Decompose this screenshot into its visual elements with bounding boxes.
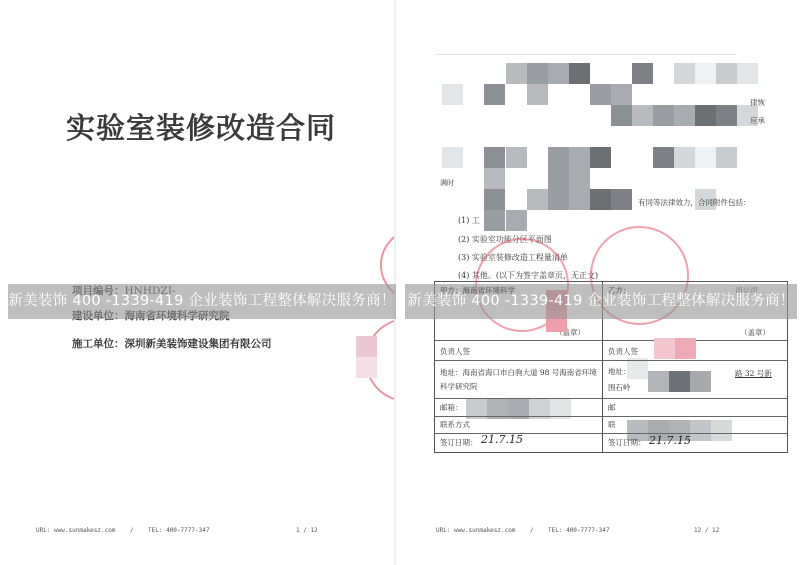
- mosaic-block: [356, 336, 377, 357]
- mosaic-block: [484, 168, 505, 189]
- mosaic-block: [611, 189, 632, 210]
- party-b-address-label: 地址：: [608, 366, 631, 377]
- mosaic-block: [737, 63, 758, 84]
- row-divider: [435, 360, 787, 361]
- mosaic-block: [484, 84, 505, 105]
- text-fragment: 满时: [440, 178, 454, 188]
- party-b-seal: （盖章）: [740, 327, 770, 338]
- mosaic-block: [569, 63, 590, 84]
- mosaic-block: [632, 63, 653, 84]
- mosaic-block: [611, 84, 632, 105]
- mosaic-block: [506, 210, 527, 231]
- party-b-address-tail: 路 32 号新: [735, 368, 772, 379]
- party-b-date-handwritten: 21.7.15: [649, 434, 691, 447]
- mosaic-block: [674, 147, 695, 168]
- party-b-signer: 负责人签: [608, 346, 638, 357]
- party-b-address-line2: 围石岭: [608, 382, 631, 393]
- mosaic-block: [590, 189, 611, 210]
- footer-tel: TEL: 400-7777-347: [548, 527, 609, 534]
- mosaic-block: [716, 63, 737, 84]
- footer-separator: /: [130, 527, 134, 534]
- row-divider: [435, 416, 787, 417]
- mosaic-block: [506, 63, 527, 84]
- mosaic-block: [506, 147, 527, 168]
- mosaic-block: [632, 105, 653, 126]
- mosaic-block: [569, 147, 590, 168]
- mosaic-block: [653, 147, 674, 168]
- attachment-item-1: (1) 工: [458, 215, 480, 226]
- contract-title: 实验室装修改造合同: [66, 106, 336, 147]
- mosaic-block: [484, 189, 505, 210]
- text-fragment: 应承: [750, 115, 765, 126]
- attachments-intro: 有同等法律效力，合同附件包括：: [638, 197, 751, 208]
- mosaic-block: [548, 168, 569, 189]
- mosaic-block: [695, 63, 716, 84]
- mosaic-block: [716, 105, 737, 126]
- mosaic-block: [548, 63, 569, 84]
- mosaic-block: [356, 357, 377, 378]
- mosaic-block: [674, 63, 695, 84]
- mosaic-block: [484, 147, 505, 168]
- mosaic-block: [527, 84, 548, 105]
- mosaic-block: [653, 105, 674, 126]
- mosaic-block: [527, 189, 548, 210]
- mosaic-block: [484, 210, 505, 231]
- party-a-address: 地址：海南省海口市白驹大道 98 号海南省环境科学研究院: [440, 366, 600, 394]
- mosaic-block: [611, 105, 632, 126]
- party-a-email: 邮箱：: [440, 402, 463, 413]
- mosaic-block: [674, 105, 695, 126]
- mosaic-block: [654, 338, 675, 359]
- mosaic-block: [569, 168, 590, 189]
- watermark-banner: 新美装饰 400 -1339-419 企业装饰工程整体解决服务商！: [405, 284, 797, 319]
- party-b-email: 邮: [608, 402, 616, 413]
- party-b-date-label: 签订日期：: [608, 437, 646, 448]
- watermark-banner: 新美装饰 400 -1339-419 企业装饰工程整体解决服务商！: [8, 284, 396, 319]
- footer-contact: URL: www.sunmakesz.com / TEL: 400-7777-3…: [436, 527, 609, 534]
- party-a-date-label: 签订日期：: [440, 437, 478, 448]
- footer-tel: TEL: 400-7777-347: [148, 527, 209, 534]
- footer-separator: /: [530, 527, 534, 534]
- mosaic-block: [695, 105, 716, 126]
- faint-text-line: [436, 54, 736, 55]
- party-a-date-handwritten: 21.7.15: [481, 433, 523, 446]
- mosaic-block: [716, 147, 737, 168]
- mosaic-block: [590, 147, 611, 168]
- mosaic-block: [675, 338, 696, 359]
- contract-cover-page: 实验室装修改造合同 项目编号：HNHDZJ- 建设单位：海南省环境科学研究院 施…: [0, 0, 395, 565]
- footer-url: URL: www.sunmakesz.com: [436, 527, 515, 534]
- row-divider: [435, 340, 787, 341]
- mosaic-block: [442, 84, 463, 105]
- page-number: 1 / 12: [296, 527, 318, 534]
- mosaic-block: [695, 147, 716, 168]
- text-fragment: 律恢: [750, 97, 765, 108]
- mosaic-block: [590, 84, 611, 105]
- mosaic-block: [548, 147, 569, 168]
- mosaic-block: [548, 189, 569, 210]
- mosaic-block: [527, 63, 548, 84]
- mosaic-block: [569, 189, 590, 210]
- party-a-contact: 联系方式: [440, 419, 470, 430]
- contractor-label: 施工单位：: [72, 338, 125, 350]
- contractor-unit: 施工单位：深圳新美装饰建设集团有限公司: [72, 336, 272, 351]
- footer-url: URL: www.sunmakesz.com: [36, 527, 115, 534]
- party-a-signer: 负责人签: [440, 346, 470, 357]
- row-divider: [435, 398, 787, 399]
- mosaic-block: [442, 147, 463, 168]
- contractor-value: 深圳新美装饰建设集团有限公司: [125, 338, 272, 350]
- footer-contact: URL: www.sunmakesz.com / TEL: 400-7777-3…: [36, 527, 209, 534]
- page-number: 12 / 12: [694, 527, 719, 534]
- party-b-contact: 联: [608, 419, 616, 430]
